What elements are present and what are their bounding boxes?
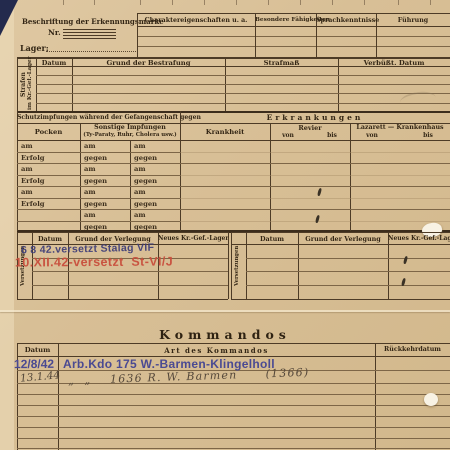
impfungen-header: Schutzimpfungen während der Gefangenscha… — [17, 114, 180, 121]
grid-line — [137, 46, 450, 47]
erkrankungen-header: Erkrankungen — [180, 113, 450, 122]
grid-line — [63, 32, 116, 33]
impf-cell: gegen — [84, 200, 107, 208]
grid-line — [180, 209, 450, 210]
grid-line — [17, 209, 180, 210]
revier-bis: bis — [322, 132, 342, 139]
grid-line — [228, 232, 229, 299]
strafen-col-strafmass: Strafmaß — [225, 59, 338, 67]
grid-line — [32, 285, 228, 286]
grid-line — [36, 93, 450, 94]
grid-line — [63, 35, 116, 36]
kommandos-col-rueckkehr: Rückkehrdatum — [375, 346, 450, 353]
grid-line — [17, 140, 450, 141]
impf-cell: Erfolg — [21, 177, 45, 185]
grid-line — [236, 0, 237, 5]
grid-line — [36, 84, 450, 85]
impf-cell: am — [84, 142, 96, 150]
col-lazarett: Lazarett — Krankenhaus — [350, 124, 450, 131]
impf-cell: am — [21, 188, 33, 196]
grid-line — [94, 0, 95, 5]
grid-line — [32, 271, 228, 272]
grid-line — [17, 394, 450, 395]
grid-line — [17, 163, 180, 164]
grid-line — [180, 152, 450, 153]
grid-line — [388, 232, 389, 299]
grid-line — [430, 0, 431, 5]
transfer-stamp-red: 10.XII.42-versetzt St-VI/J — [15, 254, 173, 269]
grid-line — [231, 232, 232, 299]
grid-line — [204, 0, 205, 5]
grid-line — [17, 427, 450, 428]
nr-label: Nr. — [48, 28, 61, 37]
lager-fill-line — [46, 43, 136, 52]
grid-line — [246, 285, 450, 286]
grid-line — [180, 198, 450, 199]
fold-crease — [0, 310, 450, 312]
grid-line — [231, 232, 450, 233]
versetzungen-col-datum: Datum — [32, 235, 68, 243]
grid-line — [180, 175, 450, 176]
impf-cell: gegen — [134, 223, 157, 231]
col-krankheit: Krankheit — [180, 128, 270, 136]
grid-line — [17, 405, 450, 406]
grid-line — [17, 175, 180, 176]
impf-cell: Erfolg — [21, 154, 45, 162]
col-sonstige-2: (Ty-Paraty, Ruhr, Cholera usw.) — [80, 132, 180, 138]
grid-line — [63, 38, 116, 39]
lager-label: Lager: — [20, 43, 49, 53]
grid-line — [231, 299, 450, 300]
col-sonstige-1: Sonstige Impfungen — [80, 124, 180, 131]
grid-line — [17, 198, 180, 199]
hole-punch — [424, 393, 438, 406]
grid-line — [17, 152, 180, 153]
grid-line — [350, 123, 351, 231]
nr-fill-lines — [63, 29, 116, 39]
impf-cell: gegen — [134, 154, 157, 162]
impf-cell: am — [21, 142, 33, 150]
impf-cell: am — [134, 165, 146, 173]
versetzungen-col-neues: Neues Kr.-Gef.-Lager — [158, 235, 228, 242]
strafen-side-label-2: im Kr.-Gef.-Lager — [27, 60, 33, 110]
grid-line — [246, 271, 450, 272]
impf-cell: am — [84, 188, 96, 196]
grid-line — [332, 0, 333, 5]
grid-line — [63, 29, 116, 30]
versetzungen-side-label: Versetzungen — [234, 238, 240, 294]
grid-line — [180, 163, 450, 164]
grid-line — [17, 438, 450, 439]
pow-record-card: Beschriftung der Erkennungsmarke Nr. Lag… — [0, 0, 450, 450]
col-sprachkenntnisse: Sprachkenntnisse — [316, 17, 376, 24]
grid-line — [17, 186, 180, 187]
grid-line — [17, 343, 450, 344]
col-pocken: Pocken — [17, 128, 80, 136]
kommandos-title: Kommandos — [0, 327, 450, 342]
grid-line — [364, 0, 365, 5]
impf-cell: gegen — [84, 177, 107, 185]
lazarett-von: von — [362, 132, 382, 139]
impf-cell: gegen — [134, 200, 157, 208]
grid-line — [268, 0, 269, 5]
grid-line — [17, 416, 450, 417]
kommandos-col-datum: Datum — [17, 346, 58, 354]
col-besondere-faehigkeiten: Besondere Fähigkeiten — [255, 17, 316, 23]
grid-line — [17, 221, 180, 222]
impf-cell: am — [134, 211, 146, 219]
impf-cell: gegen — [134, 177, 157, 185]
impf-cell: am — [84, 165, 96, 173]
grid-line — [140, 0, 141, 5]
grid-line — [63, 0, 64, 5]
kommando-entry-datum: 12/8/42 — [14, 357, 54, 371]
pen-mark — [403, 256, 407, 264]
grid-line — [17, 448, 450, 449]
impf-cell: am — [84, 211, 96, 219]
grid-line — [17, 299, 228, 300]
grid-line — [36, 103, 450, 104]
top-edge-ticks — [0, 0, 450, 6]
grid-line — [137, 36, 450, 37]
versetzungen-col-neues: Neues Kr.-Gef.-Lager — [388, 235, 450, 242]
grid-line — [231, 244, 450, 245]
versetzungen-col-datum: Datum — [246, 235, 298, 243]
pen-mark — [315, 215, 319, 223]
kommandos-col-art: Art des Kommandos — [58, 346, 375, 355]
grid-line — [246, 258, 450, 259]
strafen-col-datum: Datum — [36, 59, 72, 67]
grid-line — [58, 343, 59, 450]
impf-cell: Erfolg — [21, 200, 45, 208]
versetzungen-col-grund: Grund der Verlegung — [298, 235, 388, 243]
grid-line — [36, 75, 450, 76]
erkennungsmarke-title: Beschriftung der Erkennungsmarke — [22, 17, 138, 26]
grid-line — [398, 0, 399, 5]
lazarett-bis: bis — [418, 132, 438, 139]
card-left-edge — [0, 0, 14, 450]
col-charaktereigenschaften: Charaktereigenschaften u. a. — [137, 17, 255, 24]
grid-line — [375, 343, 376, 450]
strafen-col-verbuesst: Verbüßt. Datum — [338, 59, 450, 67]
col-fuehrung: Führung — [376, 17, 450, 24]
impf-cell: am — [134, 142, 146, 150]
impf-cell: gegen — [84, 223, 107, 231]
grid-line — [130, 140, 131, 230]
grid-line — [17, 232, 228, 233]
impf-cell: gegen — [84, 154, 107, 162]
grid-line — [137, 26, 450, 27]
grid-line — [300, 0, 301, 5]
impf-cell: am — [134, 188, 146, 196]
revier-von: von — [278, 132, 298, 139]
grid-line — [137, 13, 450, 14]
impf-cell: am — [21, 165, 33, 173]
grid-line — [180, 186, 450, 187]
grid-line — [270, 123, 271, 231]
grid-line — [172, 0, 173, 5]
pen-mark — [317, 188, 321, 196]
strafen-col-grund: Grund der Bestrafung — [72, 59, 225, 67]
grid-line — [80, 123, 81, 231]
strafen-side-label-1: Strafen — [20, 62, 27, 108]
grid-line — [17, 57, 18, 112]
